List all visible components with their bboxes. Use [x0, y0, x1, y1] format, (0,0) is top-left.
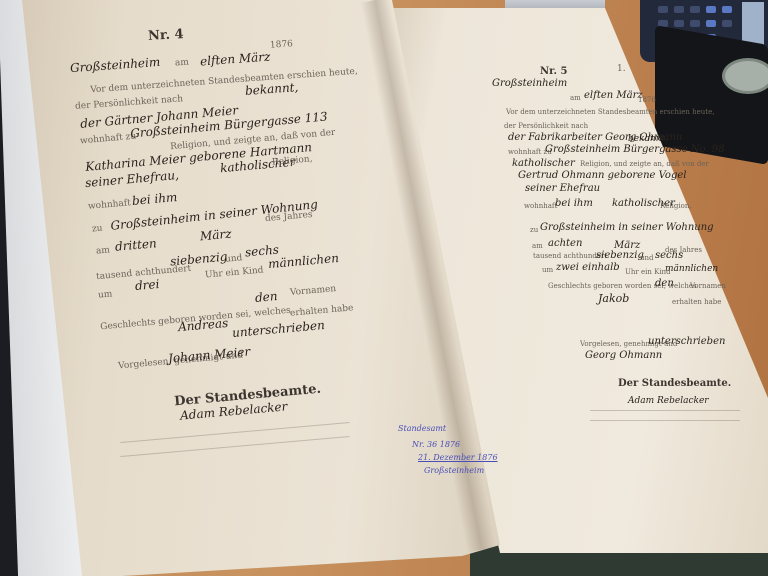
- religion-line: Religion, und zeigte an, daß von der: [580, 160, 709, 168]
- vornamen-label: Vornamen: [690, 282, 726, 290]
- wohnhaft-label: wohnhaft: [524, 202, 557, 210]
- mother-name: Gertrud Ohmann geborene Vogel: [518, 170, 686, 181]
- calculator-key: [706, 20, 716, 27]
- time-prefix: um: [542, 266, 553, 274]
- stamp-line-4: Großsteinheim: [424, 466, 484, 475]
- calculator-key: [674, 20, 684, 27]
- birth-place: Großsteinheim in seiner Wohnung: [540, 222, 714, 233]
- official-title: Der Standesbeamte.: [618, 378, 731, 389]
- calculator-key: [706, 6, 716, 13]
- zu-label: zu: [92, 224, 103, 235]
- time-value: drei: [134, 277, 159, 293]
- child-name: Jakob: [598, 292, 629, 305]
- tape-roll: [722, 58, 768, 94]
- calculator-key: [690, 20, 700, 27]
- year: 1876: [638, 96, 656, 104]
- wohnhaft-value: bei ihm: [555, 198, 593, 209]
- page-mark: 1.: [617, 64, 626, 74]
- time-prefix: um: [98, 289, 113, 300]
- record-number: Nr. 4: [148, 27, 184, 44]
- birth-day: achten: [548, 238, 582, 249]
- article: den: [254, 289, 278, 305]
- calculator-key: [722, 6, 732, 13]
- year-word-2: und: [225, 253, 243, 264]
- resident-place: Großsteinheim Bürgergasse No. 98: [545, 144, 724, 155]
- religion-label: Religion,: [660, 202, 692, 210]
- am-label: am: [570, 94, 581, 102]
- erhalten-label: erhalten habe: [672, 298, 721, 306]
- spouse-line: seiner Ehefrau: [525, 183, 600, 194]
- rule-line: [590, 420, 740, 421]
- year-word-3: sechs: [655, 250, 683, 261]
- informant-signature: Georg Ohmann: [585, 350, 662, 361]
- calculator-key: [674, 6, 684, 13]
- place: Großsteinheim: [492, 78, 567, 89]
- year-word-1: siebenzig: [596, 250, 644, 261]
- rule-line: [590, 410, 740, 411]
- zu-label: zu: [530, 226, 538, 234]
- identity-line: der Persönlichkeit nach: [504, 122, 588, 130]
- stamp-line-2: Nr. 36 1876: [412, 440, 460, 449]
- am-label-2: am: [532, 242, 543, 250]
- child-sex: männlichen: [665, 264, 718, 274]
- geschlecht-line: Geschlechts geboren worden sei, welches: [548, 282, 697, 290]
- appear-line: Vor dem unterzeichneten Standesbeamten e…: [506, 108, 714, 116]
- calculator-key: [722, 20, 732, 27]
- official-signature: Adam Rebelacker: [628, 396, 709, 406]
- calculator-key: [690, 6, 700, 13]
- uhr-line: Uhr ein Kind: [625, 268, 671, 276]
- religion-value: katholischer: [512, 158, 575, 169]
- stamp-line-3: 21. Dezember 1876: [418, 453, 498, 462]
- calculator-key: [658, 6, 668, 13]
- year-word-2: und: [640, 254, 654, 262]
- am-label: am: [175, 58, 190, 69]
- birth-month: März: [199, 227, 232, 244]
- article: den: [655, 278, 674, 289]
- time-value: zwei einhalb: [556, 262, 620, 273]
- identity-suffix: bekannt,: [628, 134, 668, 144]
- am-label-2: am: [96, 245, 111, 256]
- record-number: Nr. 5: [540, 66, 567, 77]
- stamp-line-1: Standesamt: [398, 424, 446, 433]
- signed-word: unterschrieben: [648, 336, 725, 347]
- year: 1876: [270, 39, 294, 51]
- date: elften März: [584, 90, 643, 101]
